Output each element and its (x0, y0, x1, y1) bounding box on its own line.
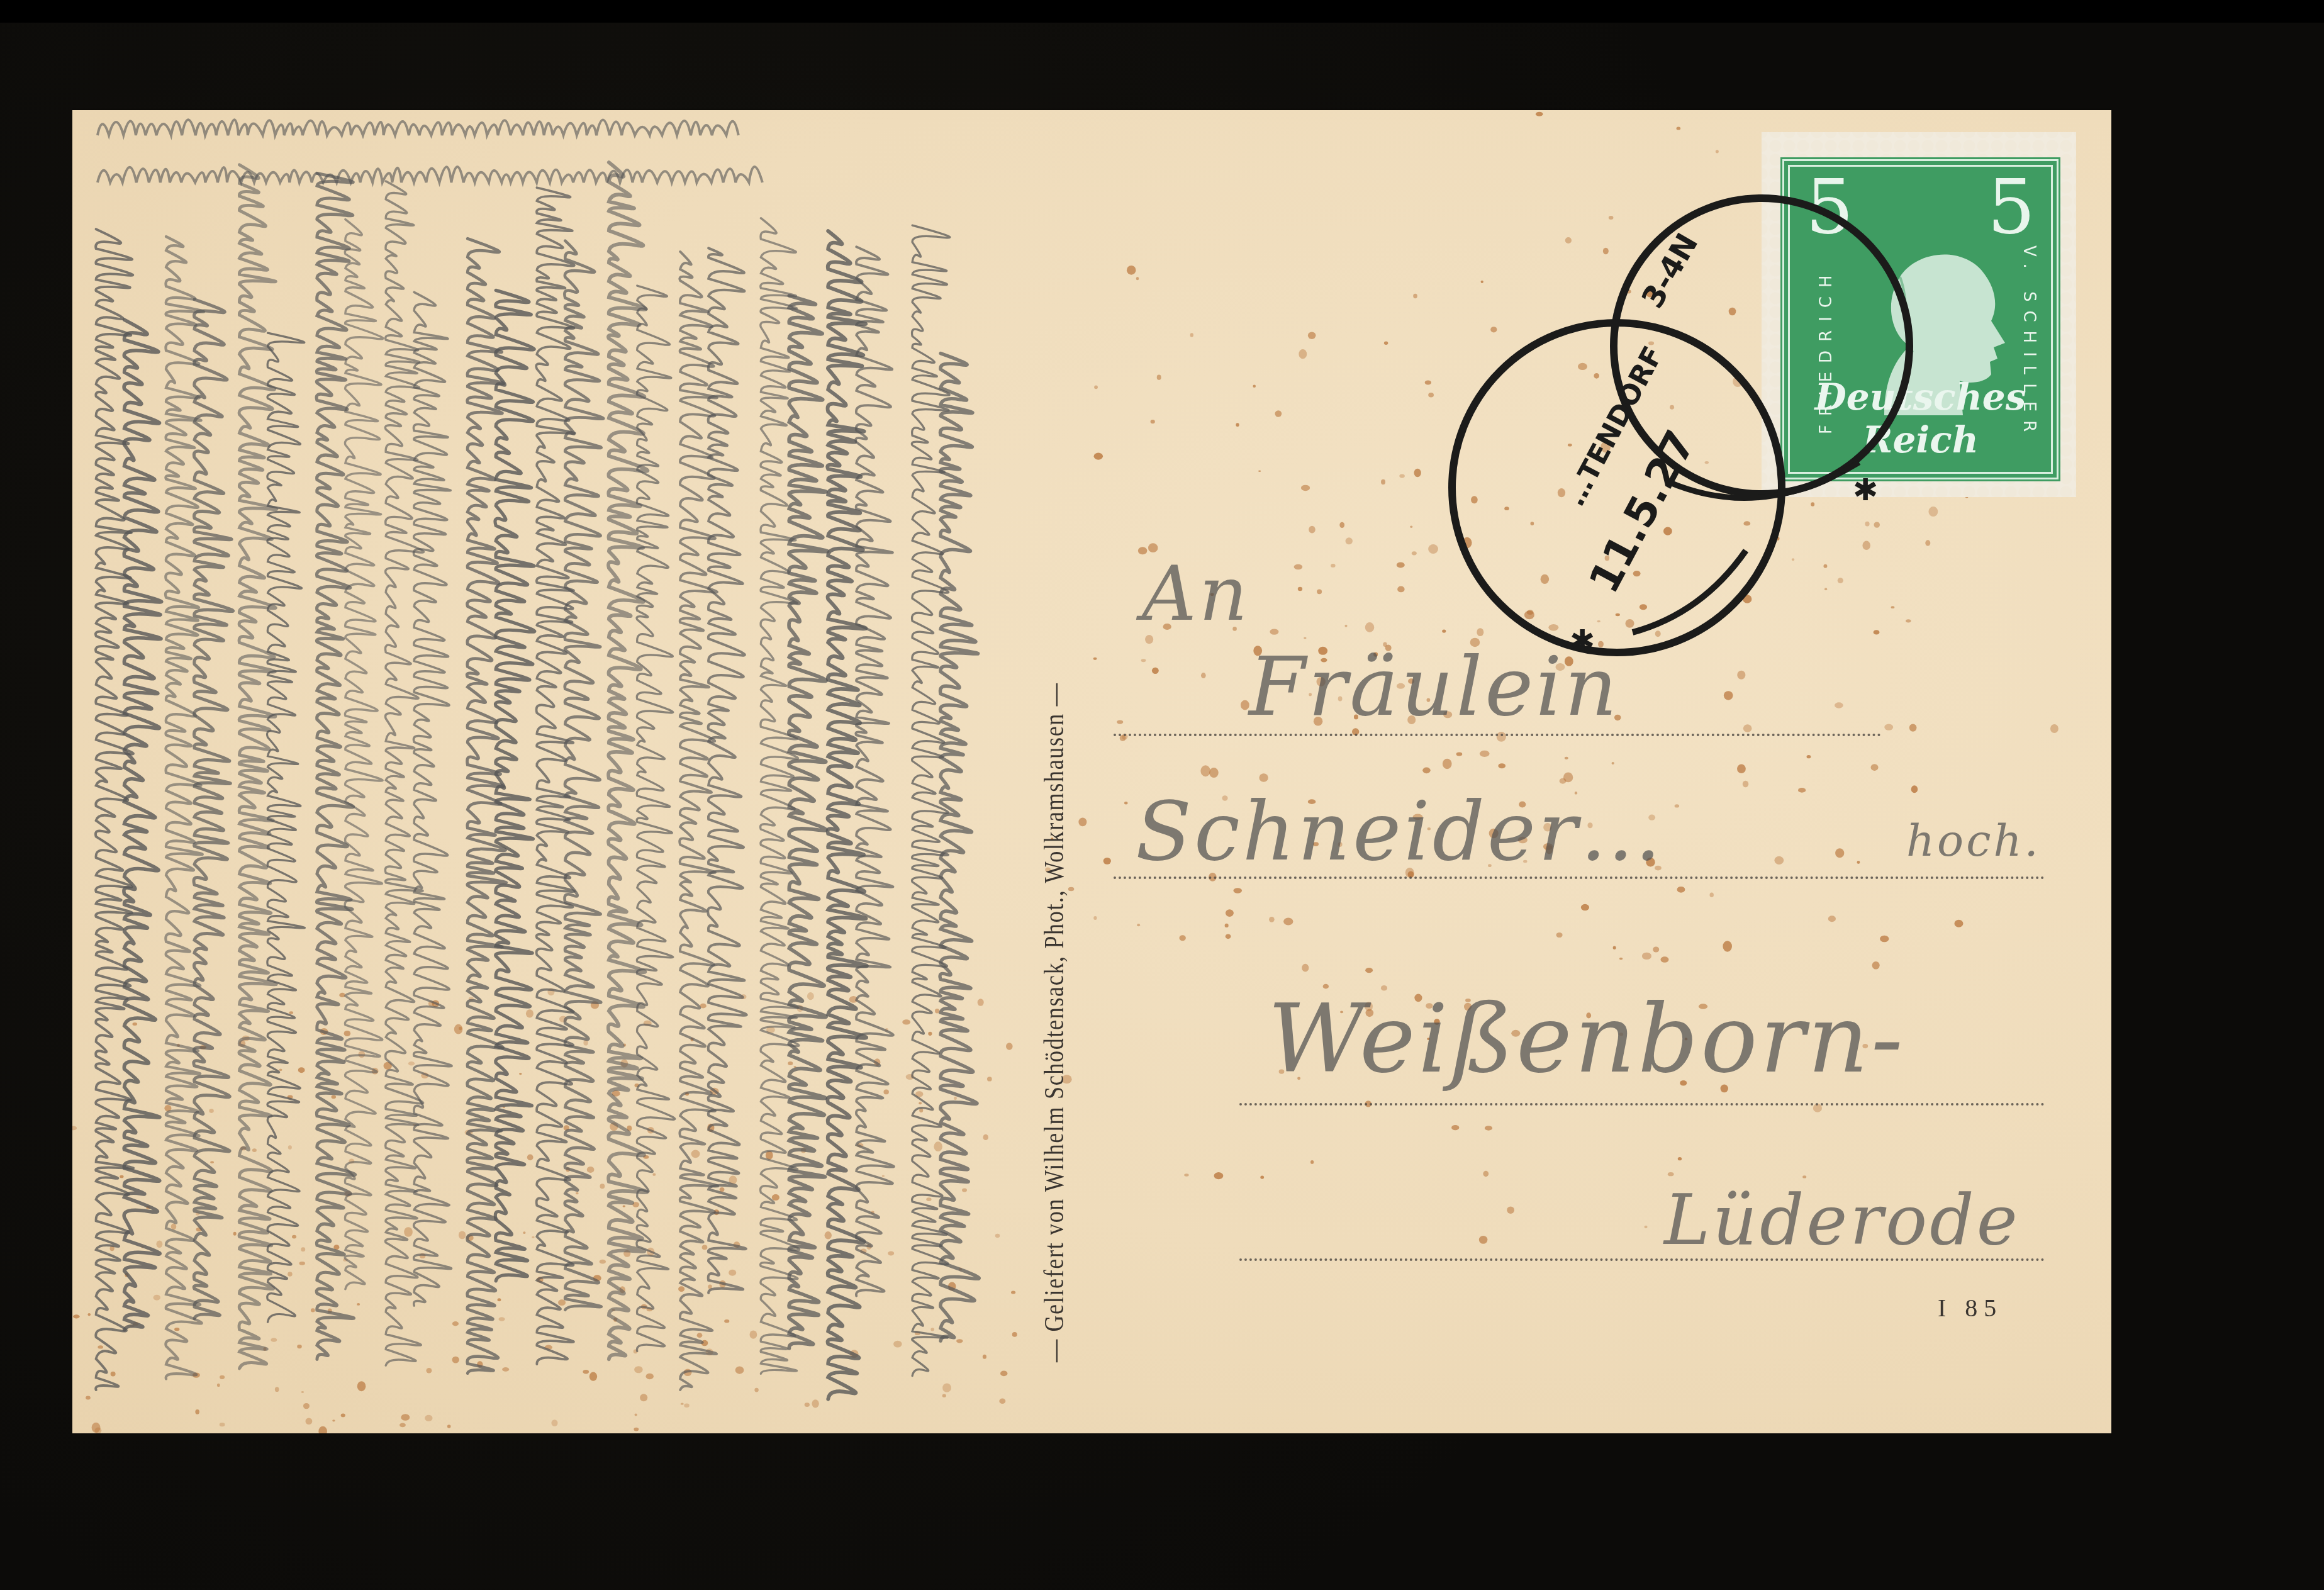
address-town: Weißenborn- (1268, 985, 1906, 1094)
address-note: hoch. (1906, 815, 2041, 866)
address-district: Lüderode (1664, 1180, 2020, 1260)
print-reference-number: I 85 (1938, 1293, 2003, 1323)
scan-top-edge (0, 0, 2324, 23)
postcard: — Geliefert von Wilhelm Schödtensack, Ph… (72, 110, 2111, 1433)
handwritten-message (72, 110, 1016, 1433)
postmark-cancellations: ✱ 3-4N …TENDORF 11.5.27 ✱ (1419, 110, 2111, 739)
address-line-3 (1239, 1103, 2045, 1106)
photographer-credit-text: — Geliefert von Wilhelm Schödtensack, Ph… (1038, 683, 1070, 1362)
svg-text:✱: ✱ (1853, 473, 1878, 508)
svg-text:✱: ✱ (1570, 624, 1595, 659)
svg-text:3-4N: 3-4N (1635, 227, 1706, 314)
address-recipient-name: Schneider… (1136, 783, 1664, 879)
photographer-credit: — Geliefert von Wilhelm Schödtensack, Ph… (1038, 533, 1070, 1362)
address-salutation: An (1142, 551, 1250, 638)
